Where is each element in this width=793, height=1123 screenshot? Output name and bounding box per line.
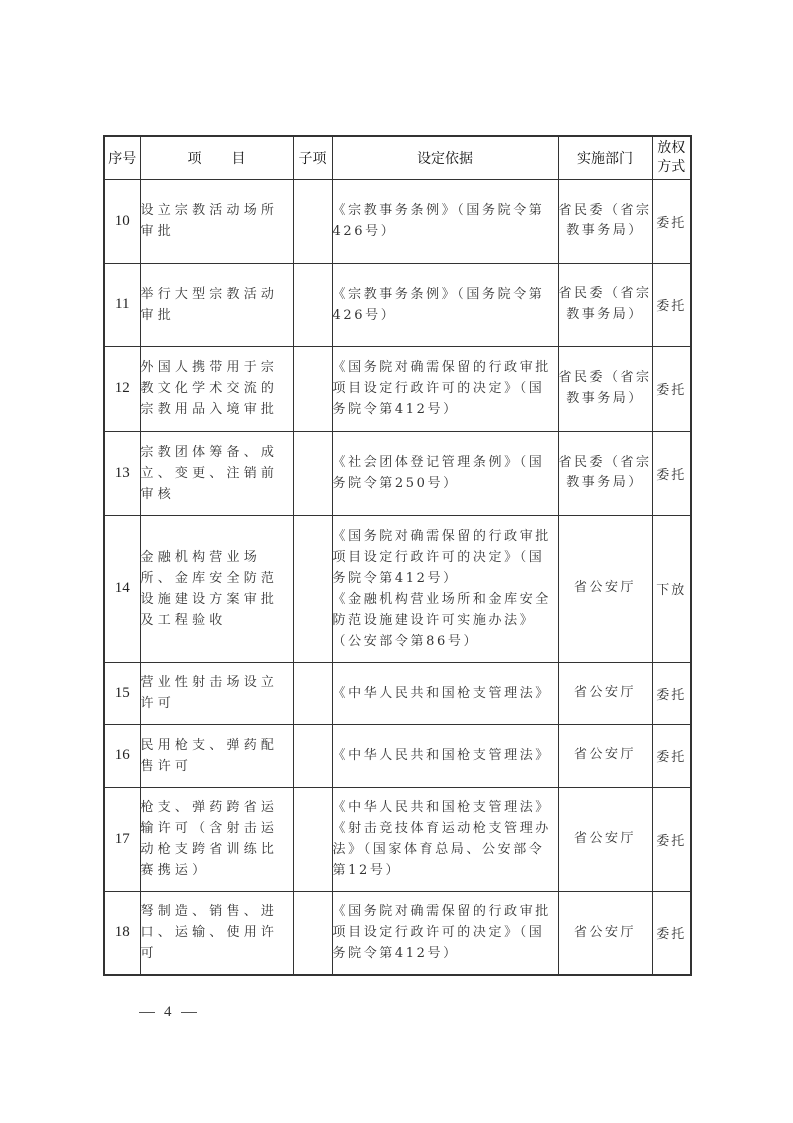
basis-cell: 《宗教事务条例》（国务院令第426号） bbox=[332, 179, 558, 263]
table-row: 13宗教团体筹备、成立、变更、注销前审核《社会团体登记管理条例》（国务院令第25… bbox=[104, 431, 691, 515]
mode-cell: 委托 bbox=[652, 179, 691, 263]
dept-cell: 省民委（省宗教事务局） bbox=[558, 179, 652, 263]
seq-cell: 12 bbox=[104, 346, 140, 431]
mode-cell: 委托 bbox=[652, 263, 691, 346]
table-row: 16民用枪支、弹药配售许可《中华人民共和国枪支管理法》省公安厅委托 bbox=[104, 724, 691, 787]
seq-cell: 16 bbox=[104, 724, 140, 787]
footer-dash-left bbox=[139, 1012, 155, 1013]
basis-line: 《国务院对确需保留的行政审批项目设定行政许可的决定》（国务院令第412号） bbox=[333, 526, 558, 589]
table-row: 17枪支、弹药跨省运输许可（含射击运动枪支跨省训练比赛携运）《中华人民共和国枪支… bbox=[104, 787, 691, 891]
dept-cell: 省公安厅 bbox=[558, 787, 652, 891]
table-row: 15营业性射击场设立许可《中华人民共和国枪支管理法》省公安厅委托 bbox=[104, 662, 691, 724]
basis-line: 《社会团体登记管理条例》（国务院令第250号） bbox=[333, 452, 558, 494]
dept-cell: 省公安厅 bbox=[558, 724, 652, 787]
sub-item-cell bbox=[293, 431, 332, 515]
dept-cell: 省民委（省宗教事务局） bbox=[558, 346, 652, 431]
seq-cell: 15 bbox=[104, 662, 140, 724]
basis-cell: 《宗教事务条例》（国务院令第426号） bbox=[332, 263, 558, 346]
item-cell: 宗教团体筹备、成立、变更、注销前审核 bbox=[140, 431, 293, 515]
dept-cell: 省民委（省宗教事务局） bbox=[558, 263, 652, 346]
mode-cell: 委托 bbox=[652, 891, 691, 975]
mode-cell: 委托 bbox=[652, 431, 691, 515]
seq-cell: 14 bbox=[104, 515, 140, 662]
basis-line: 《宗教事务条例》（国务院令第426号） bbox=[333, 284, 558, 326]
header-basis: 设定依据 bbox=[332, 136, 558, 179]
basis-cell: 《中华人民共和国枪支管理法》 bbox=[332, 724, 558, 787]
mode-cell: 委托 bbox=[652, 724, 691, 787]
dept-cell: 省公安厅 bbox=[558, 891, 652, 975]
basis-line: 《国务院对确需保留的行政审批项目设定行政许可的决定》（国务院令第412号） bbox=[333, 901, 558, 964]
table-row: 12外国人携带用于宗教文化学术交流的宗教用品入境审批《国务院对确需保留的行政审批… bbox=[104, 346, 691, 431]
item-cell: 设立宗教活动场所审批 bbox=[140, 179, 293, 263]
mode-cell: 委托 bbox=[652, 662, 691, 724]
item-cell: 营业性射击场设立许可 bbox=[140, 662, 293, 724]
sub-item-cell bbox=[293, 787, 332, 891]
seq-cell: 17 bbox=[104, 787, 140, 891]
page-number: 4 bbox=[164, 1004, 172, 1020]
seq-cell: 18 bbox=[104, 891, 140, 975]
page-footer: 4 bbox=[130, 1004, 206, 1021]
table-row: 18弩制造、销售、进口、运输、使用许可《国务院对确需保留的行政审批项目设定行政许… bbox=[104, 891, 691, 975]
dept-cell: 省公安厅 bbox=[558, 662, 652, 724]
basis-line: 《射击竞技体育运动枪支管理办法》（国家体育总局、公安部令第12号） bbox=[333, 818, 558, 881]
basis-line: 《中华人民共和国枪支管理法》 bbox=[333, 683, 558, 704]
basis-line: 《金融机构营业场所和金库安全防范设施建设许可实施办法》（公安部令第86号） bbox=[333, 589, 558, 652]
sub-item-cell bbox=[293, 662, 332, 724]
sub-item-cell bbox=[293, 724, 332, 787]
basis-cell: 《中华人民共和国枪支管理法》《射击竞技体育运动枪支管理办法》（国家体育总局、公安… bbox=[332, 787, 558, 891]
basis-cell: 《社会团体登记管理条例》（国务院令第250号） bbox=[332, 431, 558, 515]
header-sub: 子项 bbox=[293, 136, 332, 179]
basis-cell: 《国务院对确需保留的行政审批项目设定行政许可的决定》（国务院令第412号）《金融… bbox=[332, 515, 558, 662]
basis-cell: 《国务院对确需保留的行政审批项目设定行政许可的决定》（国务院令第412号） bbox=[332, 346, 558, 431]
header-dept: 实施部门 bbox=[558, 136, 652, 179]
basis-line: 《宗教事务条例》（国务院令第426号） bbox=[333, 200, 558, 242]
sub-item-cell bbox=[293, 263, 332, 346]
table-header-row: 序号 项目 子项 设定依据 实施部门 放权方式 bbox=[104, 136, 691, 179]
basis-line: 《中华人民共和国枪支管理法》 bbox=[333, 797, 558, 818]
seq-cell: 13 bbox=[104, 431, 140, 515]
sub-item-cell bbox=[293, 891, 332, 975]
table-row: 10设立宗教活动场所审批《宗教事务条例》（国务院令第426号）省民委（省宗教事务… bbox=[104, 179, 691, 263]
header-item: 项目 bbox=[140, 136, 293, 179]
sub-item-cell bbox=[293, 346, 332, 431]
mode-cell: 委托 bbox=[652, 346, 691, 431]
header-seq: 序号 bbox=[104, 136, 140, 179]
basis-cell: 《国务院对确需保留的行政审批项目设定行政许可的决定》（国务院令第412号） bbox=[332, 891, 558, 975]
table-row: 11举行大型宗教活动审批《宗教事务条例》（国务院令第426号）省民委（省宗教事务… bbox=[104, 263, 691, 346]
basis-line: 《国务院对确需保留的行政审批项目设定行政许可的决定》（国务院令第412号） bbox=[333, 357, 558, 420]
sub-item-cell bbox=[293, 179, 332, 263]
dept-cell: 省公安厅 bbox=[558, 515, 652, 662]
seq-cell: 11 bbox=[104, 263, 140, 346]
mode-cell: 下放 bbox=[652, 515, 691, 662]
item-cell: 民用枪支、弹药配售许可 bbox=[140, 724, 293, 787]
document-page: 序号 项目 子项 设定依据 实施部门 放权方式 10设立宗教活动场所审批《宗教事… bbox=[0, 0, 793, 1123]
item-cell: 枪支、弹药跨省运输许可（含射击运动枪支跨省训练比赛携运） bbox=[140, 787, 293, 891]
item-cell: 外国人携带用于宗教文化学术交流的宗教用品入境审批 bbox=[140, 346, 293, 431]
item-cell: 金融机构营业场所、金库安全防范设施建设方案审批及工程验收 bbox=[140, 515, 293, 662]
table-row: 14金融机构营业场所、金库安全防范设施建设方案审批及工程验收《国务院对确需保留的… bbox=[104, 515, 691, 662]
basis-line: 《中华人民共和国枪支管理法》 bbox=[333, 745, 558, 766]
mode-cell: 委托 bbox=[652, 787, 691, 891]
footer-dash-right bbox=[181, 1012, 197, 1013]
sub-item-cell bbox=[293, 515, 332, 662]
header-mode: 放权方式 bbox=[652, 136, 691, 179]
basis-cell: 《中华人民共和国枪支管理法》 bbox=[332, 662, 558, 724]
delegation-table: 序号 项目 子项 设定依据 实施部门 放权方式 10设立宗教活动场所审批《宗教事… bbox=[103, 135, 692, 976]
seq-cell: 10 bbox=[104, 179, 140, 263]
item-cell: 举行大型宗教活动审批 bbox=[140, 263, 293, 346]
dept-cell: 省民委（省宗教事务局） bbox=[558, 431, 652, 515]
item-cell: 弩制造、销售、进口、运输、使用许可 bbox=[140, 891, 293, 975]
